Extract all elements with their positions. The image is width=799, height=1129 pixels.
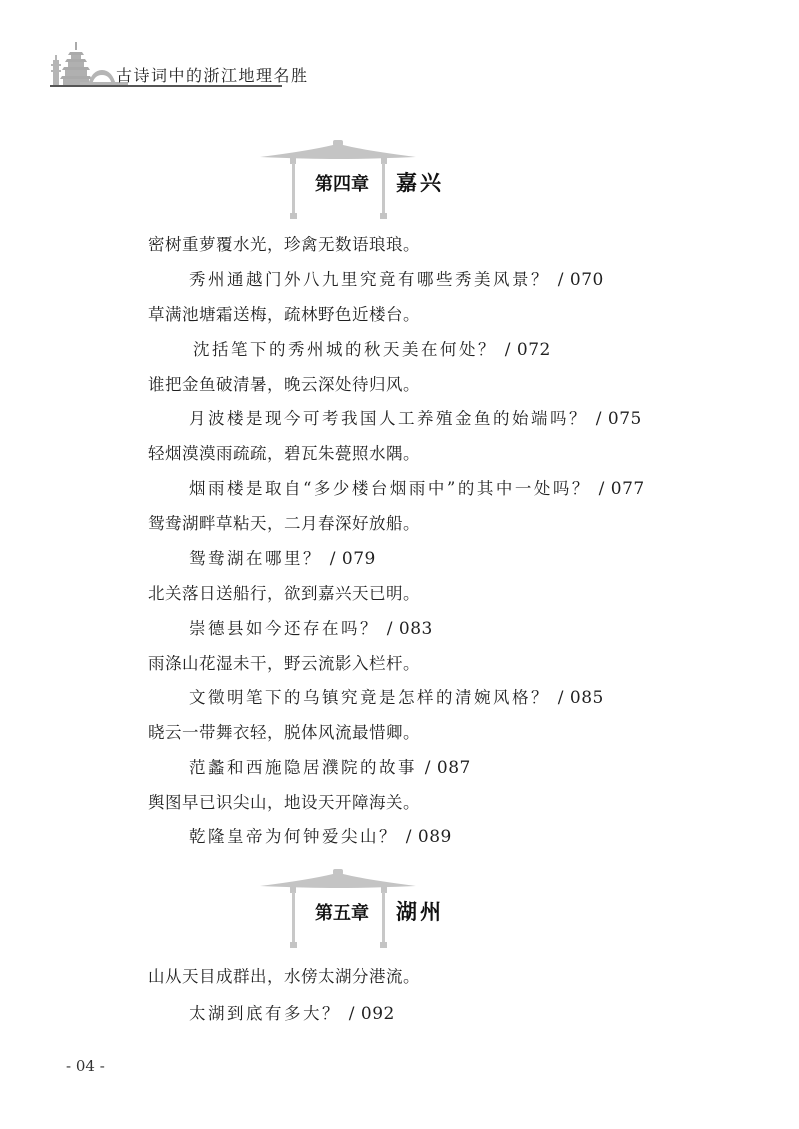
book-title: 古诗词中的浙江地理名胜 xyxy=(116,63,309,86)
poem-line: 舆图早已识尖山，地设天开障海关。 xyxy=(148,789,420,813)
entry-page: / 087 xyxy=(425,758,471,778)
entry-title: 乾隆皇帝为何钟爱尖山？ xyxy=(189,827,398,846)
entry-page: / 083 xyxy=(387,619,433,639)
entry-page: / 085 xyxy=(558,688,604,708)
entry-title: 烟雨楼是取自“多少楼台烟雨中”的其中一处吗？ xyxy=(189,479,591,498)
entry-title: 范蠡和西施隐居濮院的故事 xyxy=(189,758,417,777)
toc-entry[interactable]: 沈括笔下的秀州城的秋天美在何处？ / 072 xyxy=(193,336,551,360)
toc-entry[interactable]: 鸳鸯湖在哪里？ / 079 xyxy=(189,545,376,569)
toc-entry[interactable]: 烟雨楼是取自“多少楼台烟雨中”的其中一处吗？ / 077 xyxy=(189,475,645,499)
poem-line: 雨涤山花湿未干，野云流影入栏杆。 xyxy=(148,650,420,674)
toc-entry[interactable]: 文徵明笔下的乌镇究竟是怎样的清婉风格？ / 085 xyxy=(189,684,604,708)
header-divider xyxy=(50,85,282,87)
poem-line: 密树重萝覆水光，珍禽无数语琅琅。 xyxy=(148,231,420,255)
chapter-name: 湖州 xyxy=(396,896,444,926)
entry-title: 月波楼是现今可考我国人工养殖金鱼的始端吗？ xyxy=(189,409,588,428)
entry-title: 文徵明笔下的乌镇究竟是怎样的清婉风格？ xyxy=(189,688,550,707)
chapter-heading-5: 第五章 湖州 xyxy=(258,866,498,956)
entry-page: / 092 xyxy=(349,1004,395,1024)
entry-page: / 075 xyxy=(596,409,642,429)
poem-line: 谁把金鱼破清暑，晚云深处待归风。 xyxy=(148,371,420,395)
poem-line: 鸳鸯湖畔草粘天，二月春深好放船。 xyxy=(148,510,420,534)
chapter-heading-4: 第四章 嘉兴 xyxy=(258,137,498,227)
entry-page: / 072 xyxy=(505,340,551,360)
running-header: 古诗词中的浙江地理名胜 xyxy=(50,40,282,88)
toc-entry[interactable]: 太湖到底有多大？ / 092 xyxy=(189,1000,395,1024)
toc-entry[interactable]: 乾隆皇帝为何钟爱尖山？ / 089 xyxy=(189,823,452,847)
entry-page: / 089 xyxy=(406,827,452,847)
entry-title: 崇德县如今还存在吗？ xyxy=(189,619,379,638)
chapter-number: 第四章 xyxy=(315,170,369,196)
entry-page: / 077 xyxy=(599,479,645,499)
entry-title: 秀州通越门外八九里究竟有哪些秀美风景？ xyxy=(189,270,550,289)
entry-page: / 070 xyxy=(558,270,604,290)
poem-line: 草满池塘霜送梅，疏林野色近楼台。 xyxy=(148,301,420,325)
chapter-number: 第五章 xyxy=(315,899,369,925)
poem-line: 晓云一带舞衣轻，脱体风流最惜卿。 xyxy=(148,719,420,743)
entry-page: / 079 xyxy=(330,549,376,569)
toc-entry[interactable]: 秀州通越门外八九里究竟有哪些秀美风景？ / 070 xyxy=(189,266,604,290)
entry-title: 太湖到底有多大？ xyxy=(189,1004,341,1023)
poem-line: 轻烟漠漠雨疏疏，碧瓦朱甍照水隅。 xyxy=(148,440,420,464)
poem-line: 山从天目成群出，水傍太湖分港流。 xyxy=(148,963,420,987)
chapter-name: 嘉兴 xyxy=(396,167,444,197)
toc-entry[interactable]: 月波楼是现今可考我国人工养殖金鱼的始端吗？ / 075 xyxy=(189,405,642,429)
page-number: - 04 - xyxy=(66,1057,105,1075)
poem-line: 北关落日送船行，欲到嘉兴天已明。 xyxy=(148,580,420,604)
toc-entry[interactable]: 范蠡和西施隐居濮院的故事 / 087 xyxy=(189,754,471,778)
entry-title: 鸳鸯湖在哪里？ xyxy=(189,549,322,568)
toc-entry[interactable]: 崇德县如今还存在吗？ / 083 xyxy=(189,615,433,639)
entry-title: 沈括笔下的秀州城的秋天美在何处？ xyxy=(193,340,497,359)
